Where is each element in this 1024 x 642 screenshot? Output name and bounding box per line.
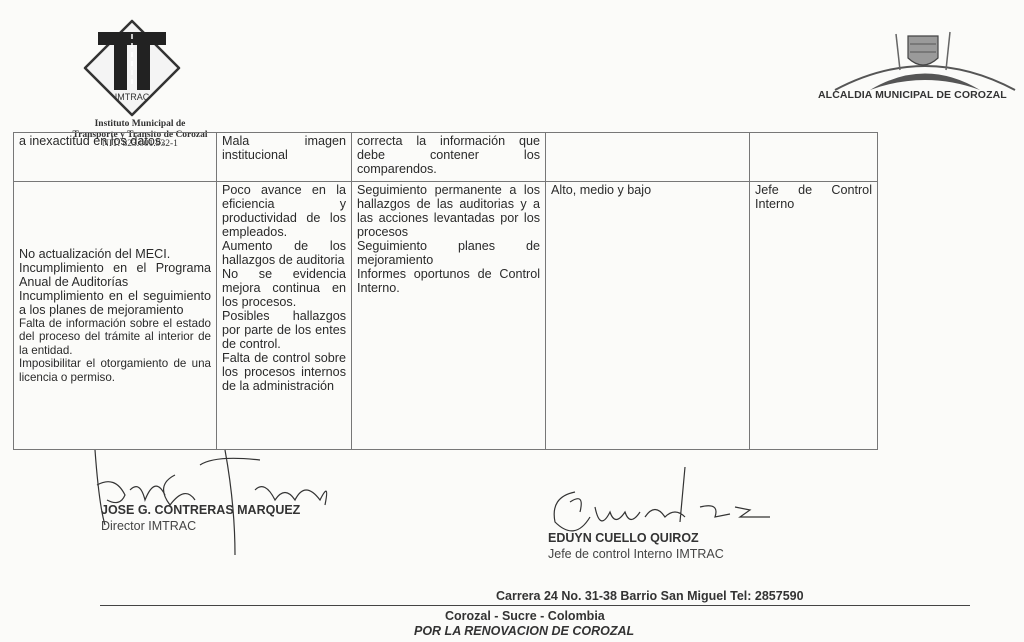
cell-text: Informes oportunos de Control Interno. [357, 267, 540, 295]
table-cell-effect: Poco avance en la eficiencia y productiv… [217, 182, 352, 450]
cell-text: Falta de control sobre los procesos inte… [222, 351, 346, 393]
signer-name: JOSE G. CONTRERAS MARQUEZ [101, 503, 300, 517]
table-cell-level: Alto, medio y bajo [546, 182, 750, 450]
cell-text: Alto, medio y bajo [551, 183, 744, 197]
table-cell-action: correcta la información que debe contene… [352, 133, 546, 182]
cell-text: Incumplimiento en el seguimiento a los p… [19, 289, 211, 317]
cell-text: Aumento de los hallazgos de auditoria [222, 239, 346, 267]
imtrac-logo-icon: IMTRAC [82, 18, 182, 118]
risk-table: a inexactitud en los datos. Mala imagen … [13, 132, 878, 450]
table-cell-effect: Mala imagen institucional [217, 133, 352, 182]
table-cell-cause: No actualización del MECI. Incumplimient… [14, 182, 217, 450]
footer-slogan: POR LA RENOVACION DE COROZAL [414, 624, 634, 638]
table-cell-cause: a inexactitud en los datos. [14, 133, 217, 182]
cell-text: Jefe de Control Interno [755, 183, 872, 211]
signature-scribble-icon [85, 445, 345, 555]
cell-text: Posibles hallazgos por parte de los ente… [222, 309, 346, 351]
cell-text: Imposibilitar el otorgamiento de una lic… [19, 357, 211, 384]
signer-role: Director IMTRAC [101, 519, 196, 533]
cell-text: No se evidencia mejora continua en los p… [222, 267, 346, 309]
cell-text: correcta la información que debe contene… [357, 134, 540, 176]
table-cell-responsible: Jefe de Control Interno [750, 182, 878, 450]
table-cell-responsible [750, 133, 878, 182]
signer-role: Jefe de control Interno IMTRAC [548, 547, 724, 561]
signature-scribble-icon [545, 462, 775, 542]
cell-text: No actualización del MECI. [19, 247, 211, 261]
cell-text: Poco avance en la eficiencia y productiv… [222, 183, 346, 239]
corozal-coat-of-arms-icon [830, 22, 1020, 92]
cell-text: Mala imagen institucional [222, 134, 346, 162]
institution-line-1: Instituto Municipal de [60, 119, 220, 130]
institution-name: Instituto Municipal de Transporte y Tran… [60, 119, 220, 130]
logo-label: IMTRAC [115, 92, 150, 102]
cell-text: Incumplimiento en el Programa Anual de A… [19, 261, 211, 289]
cell-text: a inexactitud en los datos. [19, 134, 211, 148]
table-cell-level [546, 133, 750, 182]
table-row: No actualización del MECI. Incumplimient… [14, 182, 878, 450]
municipality-name: ALCALDIA MUNICIPAL DE COROZAL [818, 89, 1007, 101]
cell-text: Seguimiento permanente a los hallazgos d… [357, 183, 540, 239]
table-cell-action: Seguimiento permanente a los hallazgos d… [352, 182, 546, 450]
signer-name: EDUYN CUELLO QUIROZ [548, 531, 699, 545]
table-row: a inexactitud en los datos. Mala imagen … [14, 133, 878, 182]
footer-address: Carrera 24 No. 31-38 Barrio San Miguel T… [496, 589, 804, 603]
cell-text: Falta de información sobre el estado del… [19, 317, 211, 358]
cell-text: Seguimiento planes de mejoramiento [357, 239, 540, 267]
footer-city: Corozal - Sucre - Colombia [445, 609, 605, 623]
footer-divider [100, 605, 970, 606]
